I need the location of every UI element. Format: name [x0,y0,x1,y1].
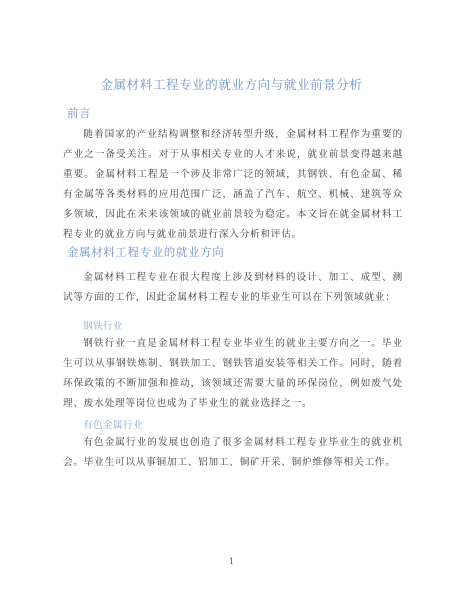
preface-paragraph: 随着国家的产业结构调整和经济转型升级，金属材料工程作为重要的产业之一备受关注。对… [63,125,403,225]
section-heading-preface: 前言 [67,105,91,121]
section-heading-career-directions: 金属材料工程专业的就业方向 [67,244,224,260]
career-directions-text: 金属材料工程专业在很大程度上涉及到材料的设计、加工、成型、测试等方面的工作，因此… [63,272,403,303]
subsection-heading-nonferrous: 有色金属行业 [83,417,143,431]
document-page: 金属材料工程专业的就业方向与就业前景分析 前言 随着国家的产业结构调整和经济转型… [0,0,463,600]
nonferrous-paragraph: 有色金属行业的发展也创造了很多金属材料工程专业毕业生的就业机会。毕业生可以从事铜… [63,433,403,473]
steel-paragraph: 钢铁行业一直是金属材料工程专业毕业生的就业主要方向之一。毕业生可以从事钢铁炼制、… [63,334,403,414]
page-number: 1 [0,557,463,566]
document-title: 金属材料工程专业的就业方向与就业前景分析 [0,75,463,93]
steel-text: 钢铁行业一直是金属材料工程专业毕业生的就业主要方向之一。毕业生可以从事钢铁炼制、… [63,338,403,409]
career-directions-paragraph: 金属材料工程专业在很大程度上涉及到材料的设计、加工、成型、测试等方面的工作，因此… [63,268,403,308]
nonferrous-text: 有色金属行业的发展也创造了很多金属材料工程专业毕业生的就业机会。毕业生可以从事铜… [63,437,403,468]
subsection-heading-steel: 钢铁行业 [83,318,123,332]
preface-text: 随着国家的产业结构调整和经济转型升级，金属材料工程作为重要的产业之一备受关注。对… [63,129,403,240]
